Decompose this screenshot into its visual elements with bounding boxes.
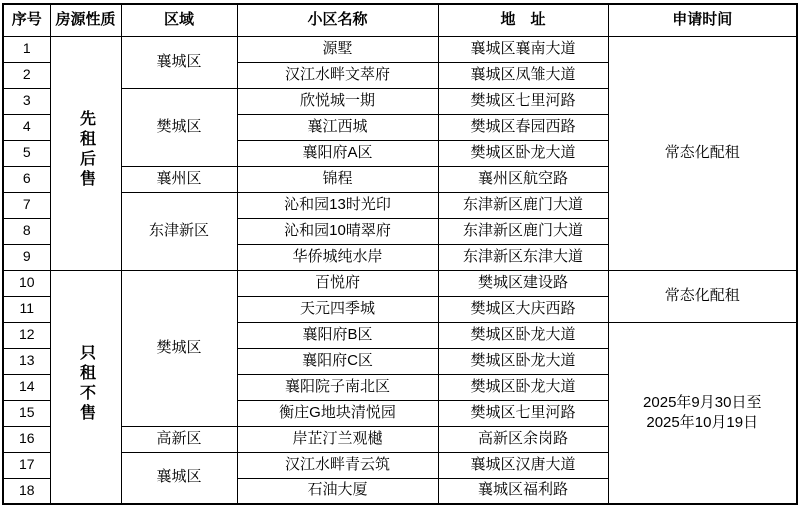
cell-community: 沁和园13时光印 bbox=[237, 192, 438, 218]
cell-address: 樊城区卧龙大道 bbox=[438, 140, 608, 166]
cell-address: 襄城区襄南大道 bbox=[438, 36, 608, 62]
cell-address: 樊城区卧龙大道 bbox=[438, 322, 608, 348]
cell-district-group: 襄城区 bbox=[121, 36, 237, 88]
apply-time-line2: 2025年10月19日 bbox=[609, 413, 797, 433]
cell-community: 天元四季城 bbox=[237, 296, 438, 322]
cell-address: 襄城区福利路 bbox=[438, 478, 608, 504]
cell-community: 岸芷汀兰观樾 bbox=[237, 426, 438, 452]
cell-serial: 12 bbox=[3, 322, 50, 348]
header-address: 地 址 bbox=[438, 4, 608, 36]
cell-address: 高新区余岗路 bbox=[438, 426, 608, 452]
cell-community: 沁和园10晴翠府 bbox=[237, 218, 438, 244]
cell-apply-time-group: 常态化配租 bbox=[608, 270, 797, 322]
cell-address: 襄城区凤雏大道 bbox=[438, 62, 608, 88]
table-row: 10 只租不售 樊城区 百悦府 樊城区建设路 常态化配租 bbox=[3, 270, 797, 296]
cell-community: 衡庄G地块清悦园 bbox=[237, 400, 438, 426]
cell-address: 樊城区七里河路 bbox=[438, 88, 608, 114]
cell-address: 樊城区卧龙大道 bbox=[438, 348, 608, 374]
cell-district-group: 襄州区 bbox=[121, 166, 237, 192]
cell-serial: 13 bbox=[3, 348, 50, 374]
cell-address: 樊城区大庆西路 bbox=[438, 296, 608, 322]
cell-community: 汉江水畔青云筑 bbox=[237, 452, 438, 478]
header-no: 序号 bbox=[3, 4, 50, 36]
cell-address: 襄州区航空路 bbox=[438, 166, 608, 192]
cell-address: 樊城区七里河路 bbox=[438, 400, 608, 426]
cell-community: 襄江西城 bbox=[237, 114, 438, 140]
cell-serial: 17 bbox=[3, 452, 50, 478]
cell-community: 华侨城纯水岸 bbox=[237, 244, 438, 270]
cell-community: 石油大厦 bbox=[237, 478, 438, 504]
cell-district-group: 东津新区 bbox=[121, 192, 237, 270]
nature-group-label: 先租后售 bbox=[78, 110, 94, 190]
header-nature: 房源性质 bbox=[50, 4, 121, 36]
cell-community: 襄阳府C区 bbox=[237, 348, 438, 374]
cell-address: 樊城区春园西路 bbox=[438, 114, 608, 140]
cell-address: 东津新区鹿门大道 bbox=[438, 192, 608, 218]
header-community: 小区名称 bbox=[237, 4, 438, 36]
cell-serial: 1 bbox=[3, 36, 50, 62]
cell-nature-group: 先租后售 bbox=[50, 36, 121, 270]
cell-address: 东津新区鹿门大道 bbox=[438, 218, 608, 244]
cell-serial: 11 bbox=[3, 296, 50, 322]
cell-serial: 15 bbox=[3, 400, 50, 426]
cell-address: 东津新区东津大道 bbox=[438, 244, 608, 270]
cell-serial: 7 bbox=[3, 192, 50, 218]
cell-community: 襄阳院子南北区 bbox=[237, 374, 438, 400]
housing-table: 序号 房源性质 区域 小区名称 地 址 申请时间 1 先租后售 襄城区 源墅 襄… bbox=[2, 3, 798, 505]
header-apply-time: 申请时间 bbox=[608, 4, 797, 36]
cell-community: 襄阳府B区 bbox=[237, 322, 438, 348]
cell-address: 樊城区卧龙大道 bbox=[438, 374, 608, 400]
cell-community: 欣悦城一期 bbox=[237, 88, 438, 114]
cell-serial: 3 bbox=[3, 88, 50, 114]
cell-serial: 14 bbox=[3, 374, 50, 400]
cell-community: 锦程 bbox=[237, 166, 438, 192]
apply-time-line1: 2025年9月30日至 bbox=[609, 393, 797, 413]
cell-district-group: 高新区 bbox=[121, 426, 237, 452]
cell-district-group: 襄城区 bbox=[121, 452, 237, 504]
header-district: 区域 bbox=[121, 4, 237, 36]
cell-community: 襄阳府A区 bbox=[237, 140, 438, 166]
cell-apply-time-group: 2025年9月30日至 2025年10月19日 bbox=[608, 322, 797, 504]
cell-serial: 8 bbox=[3, 218, 50, 244]
cell-serial: 10 bbox=[3, 270, 50, 296]
cell-district-group: 樊城区 bbox=[121, 88, 237, 166]
cell-serial: 6 bbox=[3, 166, 50, 192]
nature-group-label: 只租不售 bbox=[78, 344, 94, 424]
cell-district-group: 樊城区 bbox=[121, 270, 237, 426]
cell-serial: 5 bbox=[3, 140, 50, 166]
header-row: 序号 房源性质 区域 小区名称 地 址 申请时间 bbox=[3, 4, 797, 36]
cell-serial: 16 bbox=[3, 426, 50, 452]
cell-apply-time-group: 常态化配租 bbox=[608, 36, 797, 270]
cell-address: 樊城区建设路 bbox=[438, 270, 608, 296]
cell-serial: 4 bbox=[3, 114, 50, 140]
cell-serial: 18 bbox=[3, 478, 50, 504]
table-row: 1 先租后售 襄城区 源墅 襄城区襄南大道 常态化配租 bbox=[3, 36, 797, 62]
cell-nature-group: 只租不售 bbox=[50, 270, 121, 504]
cell-serial: 2 bbox=[3, 62, 50, 88]
cell-community: 汉江水畔文萃府 bbox=[237, 62, 438, 88]
cell-address: 襄城区汉唐大道 bbox=[438, 452, 608, 478]
cell-serial: 9 bbox=[3, 244, 50, 270]
cell-community: 源墅 bbox=[237, 36, 438, 62]
cell-community: 百悦府 bbox=[237, 270, 438, 296]
